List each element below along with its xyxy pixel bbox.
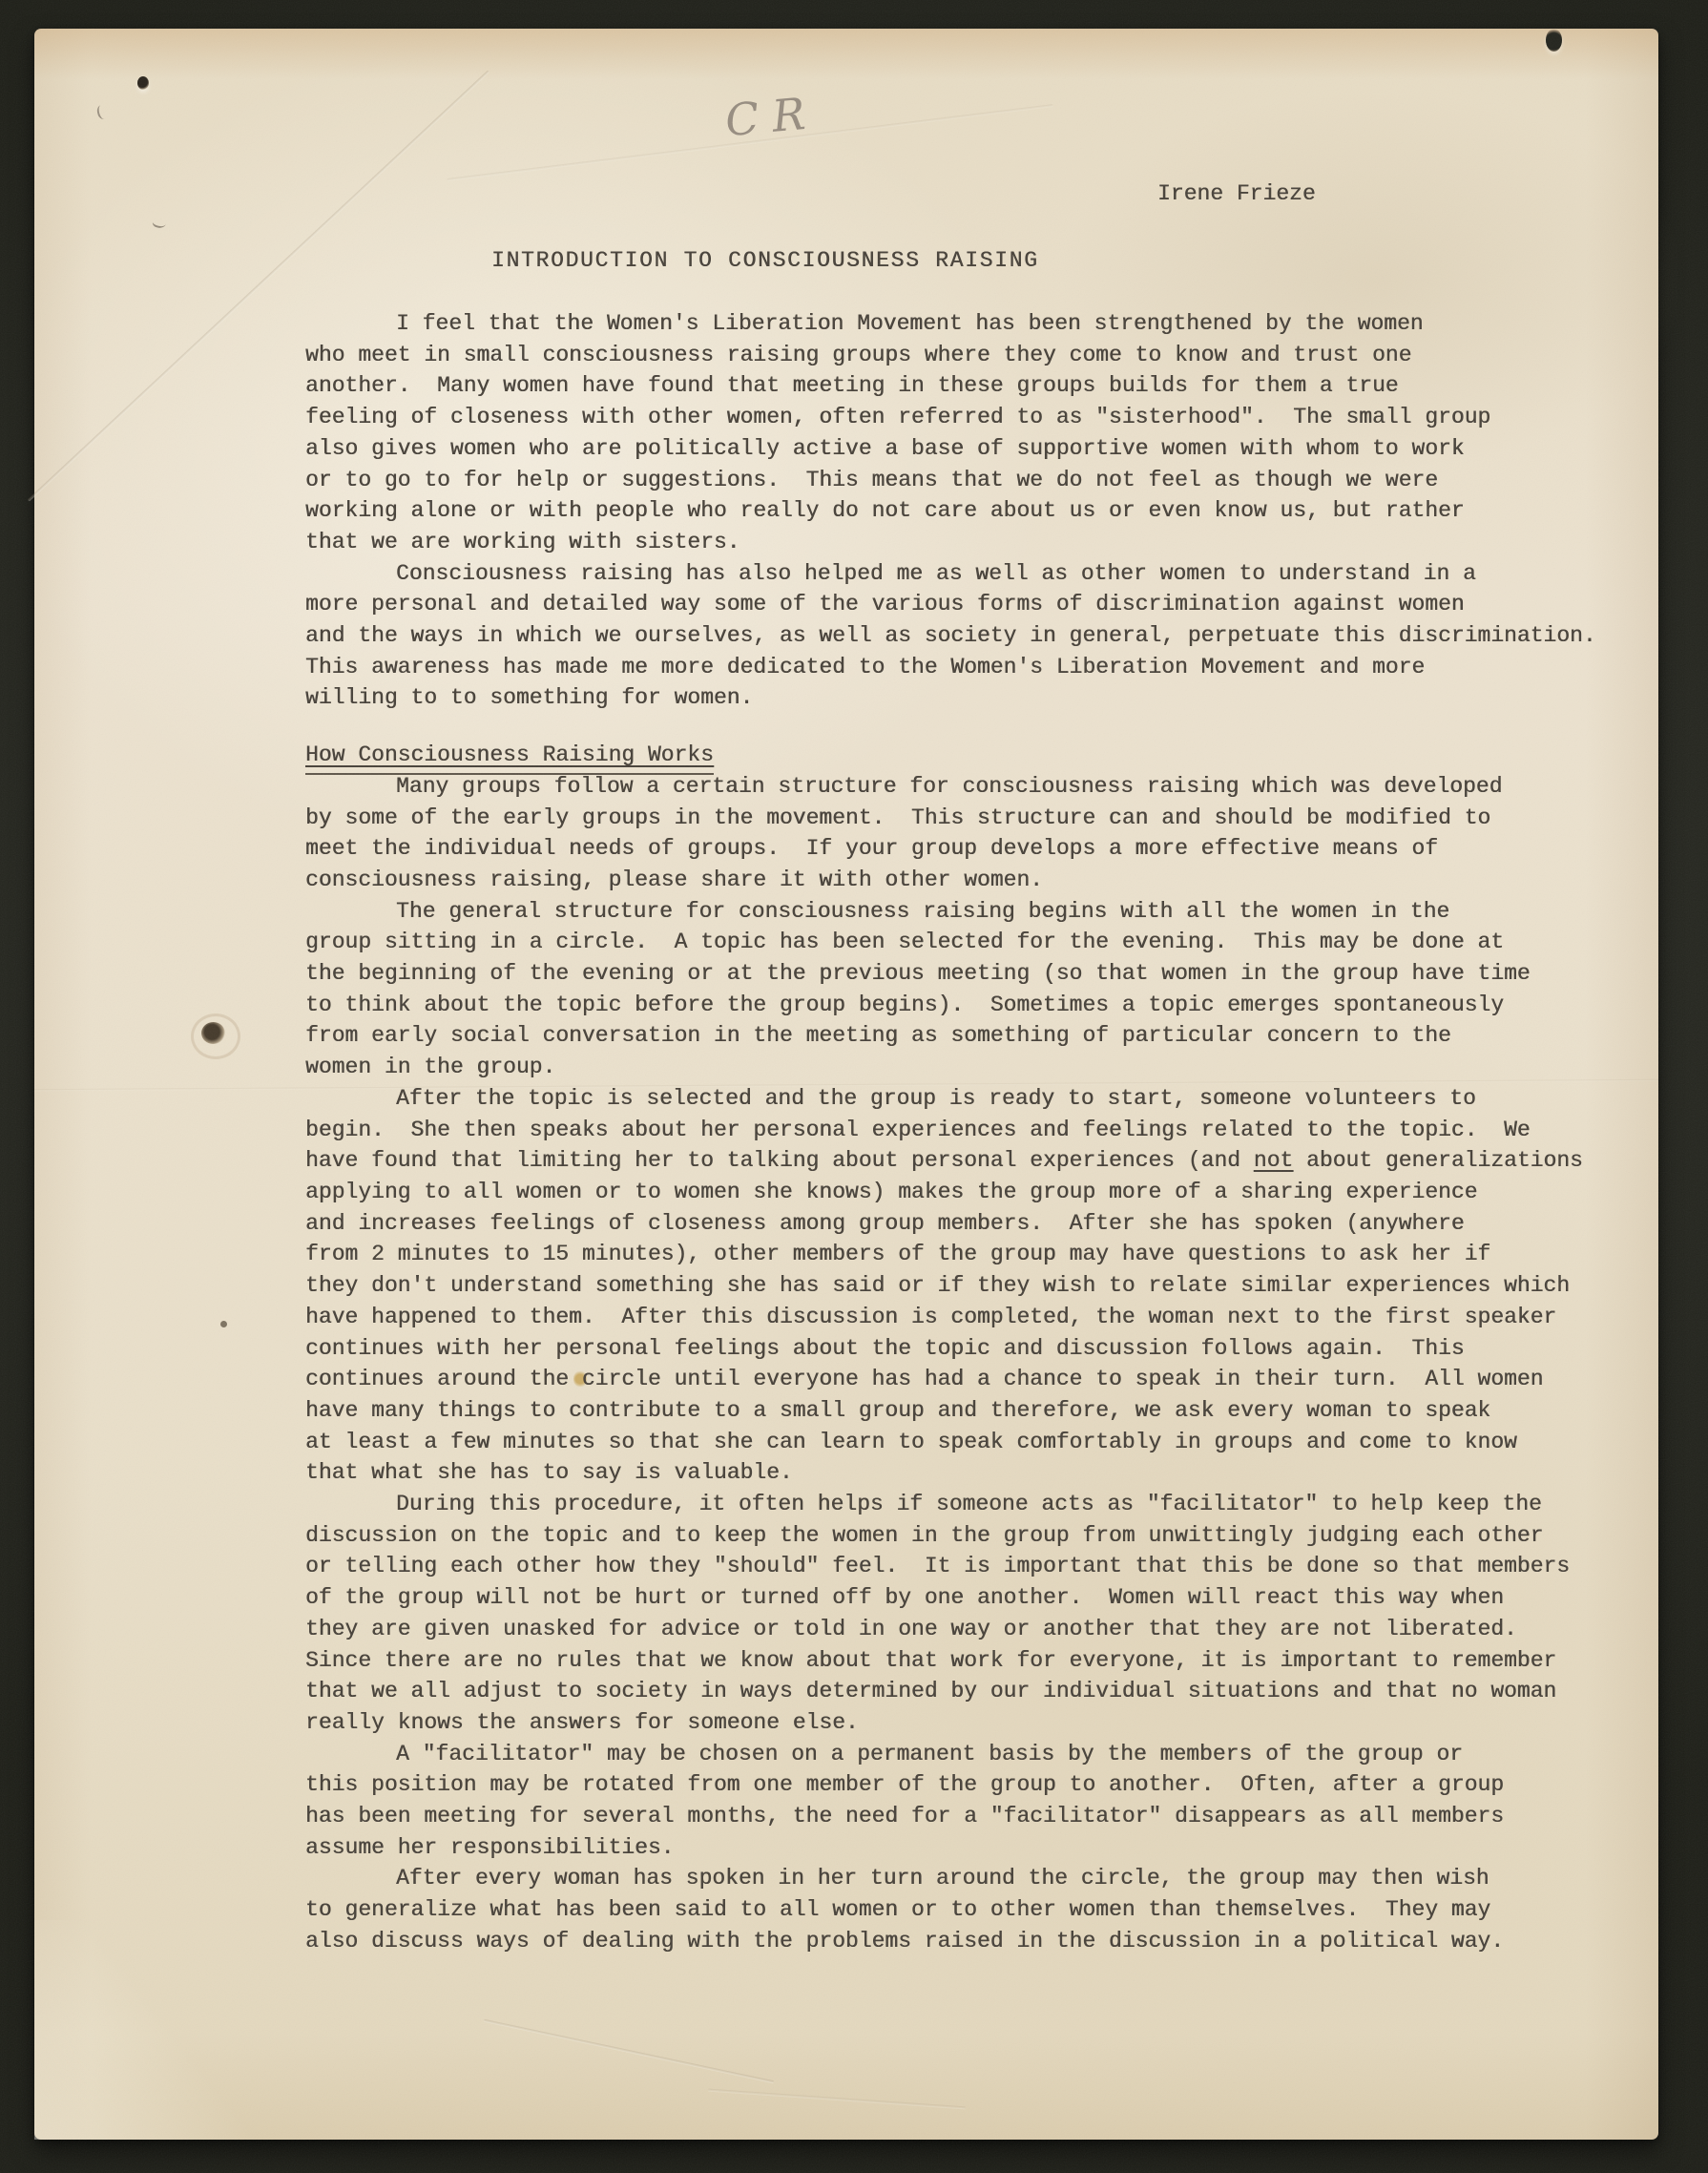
pencil-tick-mark xyxy=(152,216,168,230)
margin-speck xyxy=(220,1321,227,1327)
pencil-stray-mark xyxy=(95,104,109,120)
handwritten-annotation: CR xyxy=(723,87,821,146)
ink-stain-dot xyxy=(201,1022,225,1044)
paragraph: During this procedure, it often helps if… xyxy=(305,1489,1641,1739)
document-title: INTRODUCTION TO CONSCIOUSNESS RAISING xyxy=(491,248,1039,273)
paragraph: The general structure for consciousness … xyxy=(305,896,1641,1083)
pinhole-top-right xyxy=(1546,29,1562,52)
document-page: CR Irene Frieze INTRODUCTION TO CONSCIOU… xyxy=(34,29,1658,2140)
paragraph: Consciousness raising has also helped me… xyxy=(305,558,1641,715)
scan-background: CR Irene Frieze INTRODUCTION TO CONSCIOU… xyxy=(0,0,1708,2173)
section-heading: How Consciousness Raising Works xyxy=(305,740,1641,771)
paragraph: A "facilitator" may be chosen on a perma… xyxy=(305,1739,1641,1864)
paragraph: After the topic is selected and the grou… xyxy=(305,1083,1641,1489)
wrinkle-bottom-left xyxy=(484,2019,774,2083)
wrinkle-bottom-center xyxy=(708,2089,966,2110)
author-name: Irene Frieze xyxy=(1157,181,1316,206)
paragraph: Many groups follow a certain structure f… xyxy=(305,771,1641,896)
paragraph: After every woman has spoken in her turn… xyxy=(305,1863,1641,1956)
ink-stain-ring xyxy=(191,1013,240,1059)
corner-fold-bottom-left xyxy=(34,1920,349,2140)
paragraph: I feel that the Women's Liberation Movem… xyxy=(305,308,1641,558)
document-body: I feel that the Women's Liberation Movem… xyxy=(305,308,1641,1957)
pinhole-top-left xyxy=(137,76,149,90)
